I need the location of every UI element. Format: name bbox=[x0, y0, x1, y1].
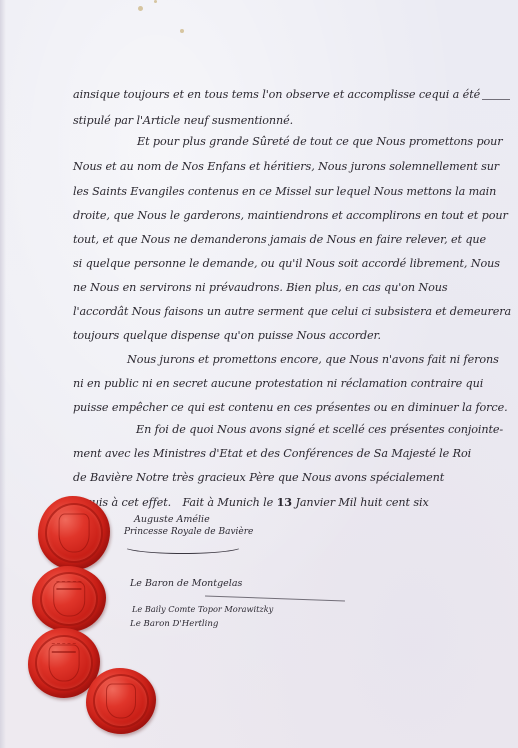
seal-arms bbox=[49, 645, 80, 682]
seal-arms bbox=[106, 684, 136, 719]
dateline-day: 13 bbox=[277, 495, 292, 509]
body-line: ne Nous en servirons ni prévaudrons. Bie… bbox=[73, 281, 447, 294]
line-fill-stroke bbox=[482, 99, 510, 100]
wax-seal-icon bbox=[38, 496, 110, 570]
closing-line: requis à cet effet. Fait à Munich le 13 … bbox=[73, 495, 429, 509]
dateline-prefix: Fait à Munich le bbox=[183, 496, 274, 509]
body-line: Nous et au nom de Nos Enfans et héritier… bbox=[73, 160, 499, 173]
signature-name: Auguste Amélie bbox=[134, 514, 210, 525]
witness-signature: Le Baron de Montgelas bbox=[130, 578, 242, 589]
signature-underline bbox=[205, 596, 345, 602]
body-line: si quelque personne le demande, ou qu'il… bbox=[73, 257, 500, 270]
body-line: toujours quelque dispense qu'on puisse N… bbox=[73, 329, 381, 342]
manuscript-page: ainsique toujours et en tous tems l'on o… bbox=[0, 0, 518, 748]
body-line: puisse empêcher ce qui est contenu en ce… bbox=[73, 401, 508, 414]
foxing-spot bbox=[180, 29, 184, 33]
foxing-spot bbox=[138, 6, 143, 11]
wax-seal-icon bbox=[32, 566, 106, 632]
dateline-suffix: Janvier Mil huit cent six bbox=[295, 496, 428, 509]
body-line: Et pour plus grande Sûreté de tout ce qu… bbox=[137, 135, 503, 148]
body-line: tout, et que Nous ne demanderons jamais … bbox=[73, 233, 486, 246]
body-line: l'accordât Nous faisons un autre serment… bbox=[73, 305, 511, 318]
body-line: les Saints Evangiles contenus en ce Miss… bbox=[73, 185, 496, 198]
body-line: stipulé par l'Article neuf susmentionné. bbox=[73, 114, 293, 127]
wax-seal-icon bbox=[86, 668, 156, 734]
witness-signature: Le Baron D'Hertling bbox=[130, 619, 218, 629]
body-line: ainsique toujours et en tous tems l'on o… bbox=[73, 88, 480, 101]
body-line: Nous jurons et promettons encore, que No… bbox=[127, 353, 499, 366]
body-line: de Bavière Notre très gracieux Père que … bbox=[73, 471, 444, 484]
paper-edge bbox=[0, 0, 6, 748]
witness-signature: Le Baily Comte Topor Morawitzky bbox=[132, 604, 273, 614]
foxing-spot bbox=[154, 0, 157, 3]
seal-arms bbox=[53, 582, 85, 617]
body-line: ment avec les Ministres d'Etat et des Co… bbox=[73, 447, 471, 460]
seal-monogram bbox=[59, 514, 90, 553]
body-line: droite, que Nous le garderons, maintiend… bbox=[73, 209, 508, 222]
signature-title: Princesse Royale de Bavière bbox=[124, 527, 253, 537]
body-line: En foi de quoi Nous avons signé et scell… bbox=[136, 423, 503, 436]
body-line: ni en public ni en secret aucune protest… bbox=[73, 377, 483, 390]
signature-flourish bbox=[122, 538, 244, 554]
